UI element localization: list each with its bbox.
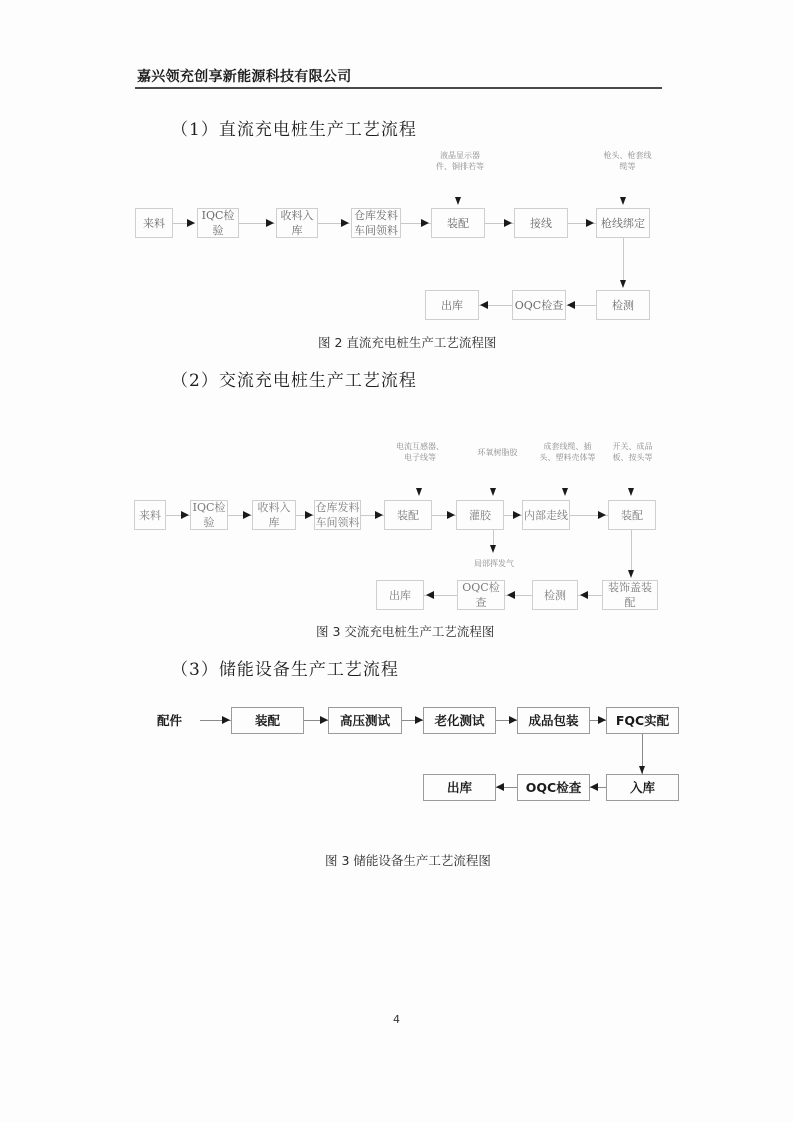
arrow-down-icon (628, 570, 634, 578)
arrow-right-icon (504, 219, 512, 227)
output-note-emission: 局部挥发气 (465, 558, 523, 569)
figure-2-caption: 图 2 直流充电桩生产工艺流程图 (318, 333, 496, 351)
arrow-left-icon (426, 591, 434, 599)
step-iqc: IQC检验 (197, 208, 239, 238)
step-assembly-2: 装配 (608, 500, 656, 530)
arrow-right-icon (415, 716, 423, 724)
header-divider (135, 87, 662, 89)
step-oqc: OQC检查 (517, 774, 590, 801)
figure-3-caption: 图 3 交流充电桩生产工艺流程图 (316, 622, 494, 640)
step-warehouse: 仓库发料车间领料 (351, 208, 401, 238)
arrow-right-icon (598, 716, 606, 724)
section-1-title: （1）直流充电桩生产工艺流程 (171, 115, 417, 140)
arrow-right-icon (509, 716, 517, 724)
arrow-left-icon (496, 783, 504, 791)
arrow-down-icon (628, 488, 634, 496)
step-shipping: 出库 (423, 774, 496, 801)
arrow-right-icon (341, 219, 349, 227)
arrow-left-icon (567, 301, 575, 309)
input-note-assembly: 液晶显示器 件、铜排若等 (425, 150, 495, 172)
step-potting: 灌胶 (456, 500, 504, 530)
input-note-internal-wiring: 成套线缆、插 头、塑料壳体等 (535, 441, 600, 463)
start-label-parts: 配件 (157, 711, 182, 729)
arrow-right-icon (222, 716, 230, 724)
input-note-gun-binding: 枪头、枪套线 缆等 (590, 150, 665, 172)
input-note-potting: 环氧树脂胶 (465, 447, 530, 458)
arrow-right-icon (421, 219, 429, 227)
step-receive: 收料入库 (276, 208, 318, 238)
step-warehousing: 入库 (606, 774, 679, 801)
step-testing: 检测 (532, 580, 578, 610)
step-iqc: IQC检验 (190, 500, 228, 530)
step-assembly: 装配 (431, 208, 485, 238)
arrow-down-icon (490, 488, 496, 496)
step-cover-assembly: 装饰盖装配 (602, 580, 658, 610)
arrow-right-icon (586, 219, 594, 227)
step-packaging: 成品包装 (517, 707, 590, 734)
arrow-right-icon (266, 219, 274, 227)
arrow-right-icon (375, 511, 383, 519)
arrow-right-icon (320, 716, 328, 724)
step-oqc: OQC检查 (457, 580, 505, 610)
section-2-title: （2）交流充电桩生产工艺流程 (171, 366, 417, 391)
arrow-left-icon (590, 783, 598, 791)
arrow-down-icon (562, 488, 568, 496)
page-number: 4 (0, 1013, 793, 1026)
arrow-down-icon (416, 488, 422, 496)
step-high-voltage-test: 高压测试 (328, 707, 402, 734)
step-internal-wiring: 内部走线 (522, 500, 570, 530)
company-header: 嘉兴领充创享新能源科技有限公司 (137, 66, 352, 86)
step-oqc: OQC检查 (512, 290, 566, 320)
arrow-right-icon (187, 219, 195, 227)
step-testing: 检测 (596, 290, 650, 320)
figure-3-energy-caption: 图 3 储能设备生产工艺流程图 (325, 851, 491, 869)
arrow-right-icon (598, 511, 606, 519)
step-assembly: 装配 (384, 500, 432, 530)
arrow-down-icon (620, 280, 626, 288)
arrow-down-icon (620, 197, 626, 205)
arrow-right-icon (447, 511, 455, 519)
arrow-right-icon (513, 511, 521, 519)
step-assembly: 装配 (231, 707, 304, 734)
input-note-assembly: 电流互感器、 电子线等 (390, 441, 450, 463)
arrow-down-icon (639, 766, 645, 774)
arrow-right-icon (305, 511, 313, 519)
step-wiring: 接线 (514, 208, 568, 238)
arrow-right-icon (243, 511, 251, 519)
step-shipping: 出库 (425, 290, 479, 320)
arrow-left-icon (580, 591, 588, 599)
step-incoming: 来料 (134, 500, 166, 530)
arrow-right-icon (181, 511, 189, 519)
arrow-left-icon (507, 591, 515, 599)
section-3-title: （3）储能设备生产工艺流程 (171, 655, 399, 680)
step-shipping: 出库 (376, 580, 424, 610)
input-note-assembly-2: 开关、成品 板、按头等 (605, 441, 660, 463)
step-incoming: 来料 (135, 208, 173, 238)
step-gun-binding: 枪线绑定 (596, 208, 650, 238)
step-warehouse: 仓库发料车间领料 (314, 500, 361, 530)
arrow-down-icon (455, 197, 461, 205)
step-receive: 收料入库 (252, 500, 296, 530)
arrow-left-icon (480, 301, 488, 309)
arrow-down-icon (490, 545, 496, 553)
step-fqc: FQC实配 (606, 707, 679, 734)
step-aging-test: 老化测试 (423, 707, 496, 734)
